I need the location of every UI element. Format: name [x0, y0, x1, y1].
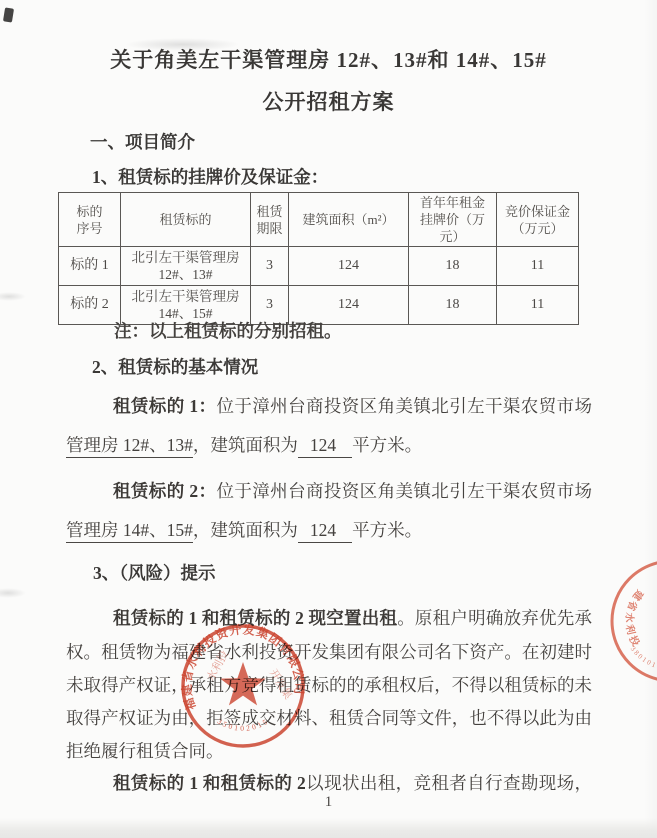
subject2-label: 租赁标的 2：	[113, 481, 216, 501]
subject2-area-value: 124	[298, 520, 352, 543]
header-subject: 租赁标的	[121, 193, 251, 247]
subject1-houses: 管理房 12#、13#	[66, 435, 193, 458]
bid1-term: 3	[251, 247, 289, 286]
section1-heading: 一、项目简介	[90, 129, 195, 154]
bid2-rent: 18	[409, 286, 497, 325]
document-page: { "title": { "line1": "关于角美左干渠管理房 12#、13…	[0, 0, 657, 838]
document-title-line2: 公开招租方案	[0, 86, 657, 116]
risk-line2: 权。租赁物为福建省水利投资开发集团有限公司名下资产。在初建时	[66, 639, 592, 663]
scan-smudge-left2	[0, 588, 26, 598]
subject2-mid: ，建筑面积为	[193, 520, 298, 540]
bid2-no: 标的 2	[59, 286, 121, 325]
header-bid-no: 标的 序号	[59, 193, 121, 247]
edge-seal-ring-text: 建省水利投	[623, 588, 647, 652]
subject1-area-value: 124	[298, 435, 352, 458]
document-title-line1: 关于角美左干渠管理房 12#、13#和 14#、15#	[0, 44, 657, 74]
subject1-pre: 位于	[216, 396, 252, 416]
scan-bottom-shadow	[0, 818, 657, 838]
subject1-line1: 租赁标的 1：位于漳州台商投资区角美镇北引左干渠农贸市场段	[113, 393, 592, 417]
official-seal: 福建省水利投资开发集团有限公司 3501020151 水利投 开发集	[177, 622, 311, 754]
risk-line3: 未取得产权证，承租方竞得租赁标的的承租权后，不得以租赁标的未	[66, 672, 592, 696]
section3-heading: 3、（风险）提示	[93, 560, 216, 585]
section1-sub-heading: 1、租赁标的挂牌价及保证金：	[92, 164, 328, 189]
header-deposit: 竞价保证金 （万元）	[497, 193, 579, 247]
bid1-deposit: 11	[497, 247, 579, 286]
risk-line2-b: 名下资产。在初建时	[434, 642, 592, 662]
scan-edge-shadow	[644, 0, 657, 838]
subject1-line2: 管理房 12#、13#，建筑面积为124平方米。	[66, 432, 422, 457]
seal-star-icon	[220, 662, 266, 705]
table-note: 注：以上租赁标的分别招租。	[114, 318, 342, 343]
bid1-no: 标的 1	[59, 247, 121, 286]
page-number: 1	[0, 794, 657, 811]
header-term: 租赁 期限	[251, 193, 289, 247]
subject2-tail: 平方米。	[352, 520, 422, 540]
subject2-houses: 管理房 14#、15#	[66, 520, 193, 543]
edge-seal: 建省水利投 380101	[600, 553, 657, 691]
table-row: 标的 1 北引左干渠管理房 12#、13# 3 124 18 11	[59, 247, 579, 286]
subject2-line2: 管理房 14#、15#，建筑面积为124平方米。	[66, 517, 422, 542]
seal-ghost-left: 水利投	[203, 648, 231, 684]
risk-line4: 取得产权证为由，拒签成交材料、租赁合同等文件，也不得以此为由	[66, 705, 592, 729]
subject2-line1: 租赁标的 2：位于漳州台商投资区角美镇北引左干渠农贸市场段	[113, 478, 592, 502]
bid1-rent: 18	[409, 247, 497, 286]
subject1-mid: ，建筑面积为	[193, 435, 298, 455]
subject1-label: 租赁标的 1：	[113, 396, 216, 416]
scan-corner-mark	[3, 7, 14, 22]
header-area: 建筑面积（m²）	[289, 193, 409, 247]
closing-bold: 租赁标的 1 和租赁标的 2	[113, 773, 306, 793]
section2-heading: 2、租赁标的基本情况	[92, 354, 258, 379]
scan-smudge-left	[0, 292, 26, 301]
risk-line2-a: 权。租赁物为	[66, 642, 171, 662]
subject1-tail: 平方米。	[352, 435, 422, 455]
bid2-deposit: 11	[497, 286, 579, 325]
bid-table: 标的 序号 租赁标的 租赁 期限 建筑面积（m²） 首年年租金 挂牌价（万元） …	[58, 192, 579, 325]
table-header-row: 标的 序号 租赁标的 租赁 期限 建筑面积（m²） 首年年租金 挂牌价（万元） …	[59, 193, 579, 247]
header-rent: 首年年租金 挂牌价（万元）	[409, 193, 497, 247]
bid1-subject: 北引左干渠管理房 12#、13#	[121, 247, 251, 286]
closing-line: 租赁标的 1 和租赁标的 2以现状出租，竞租者自行查勘现场，并	[113, 770, 592, 794]
bid1-area: 124	[289, 247, 409, 286]
subject2-pre: 位于	[216, 481, 252, 501]
